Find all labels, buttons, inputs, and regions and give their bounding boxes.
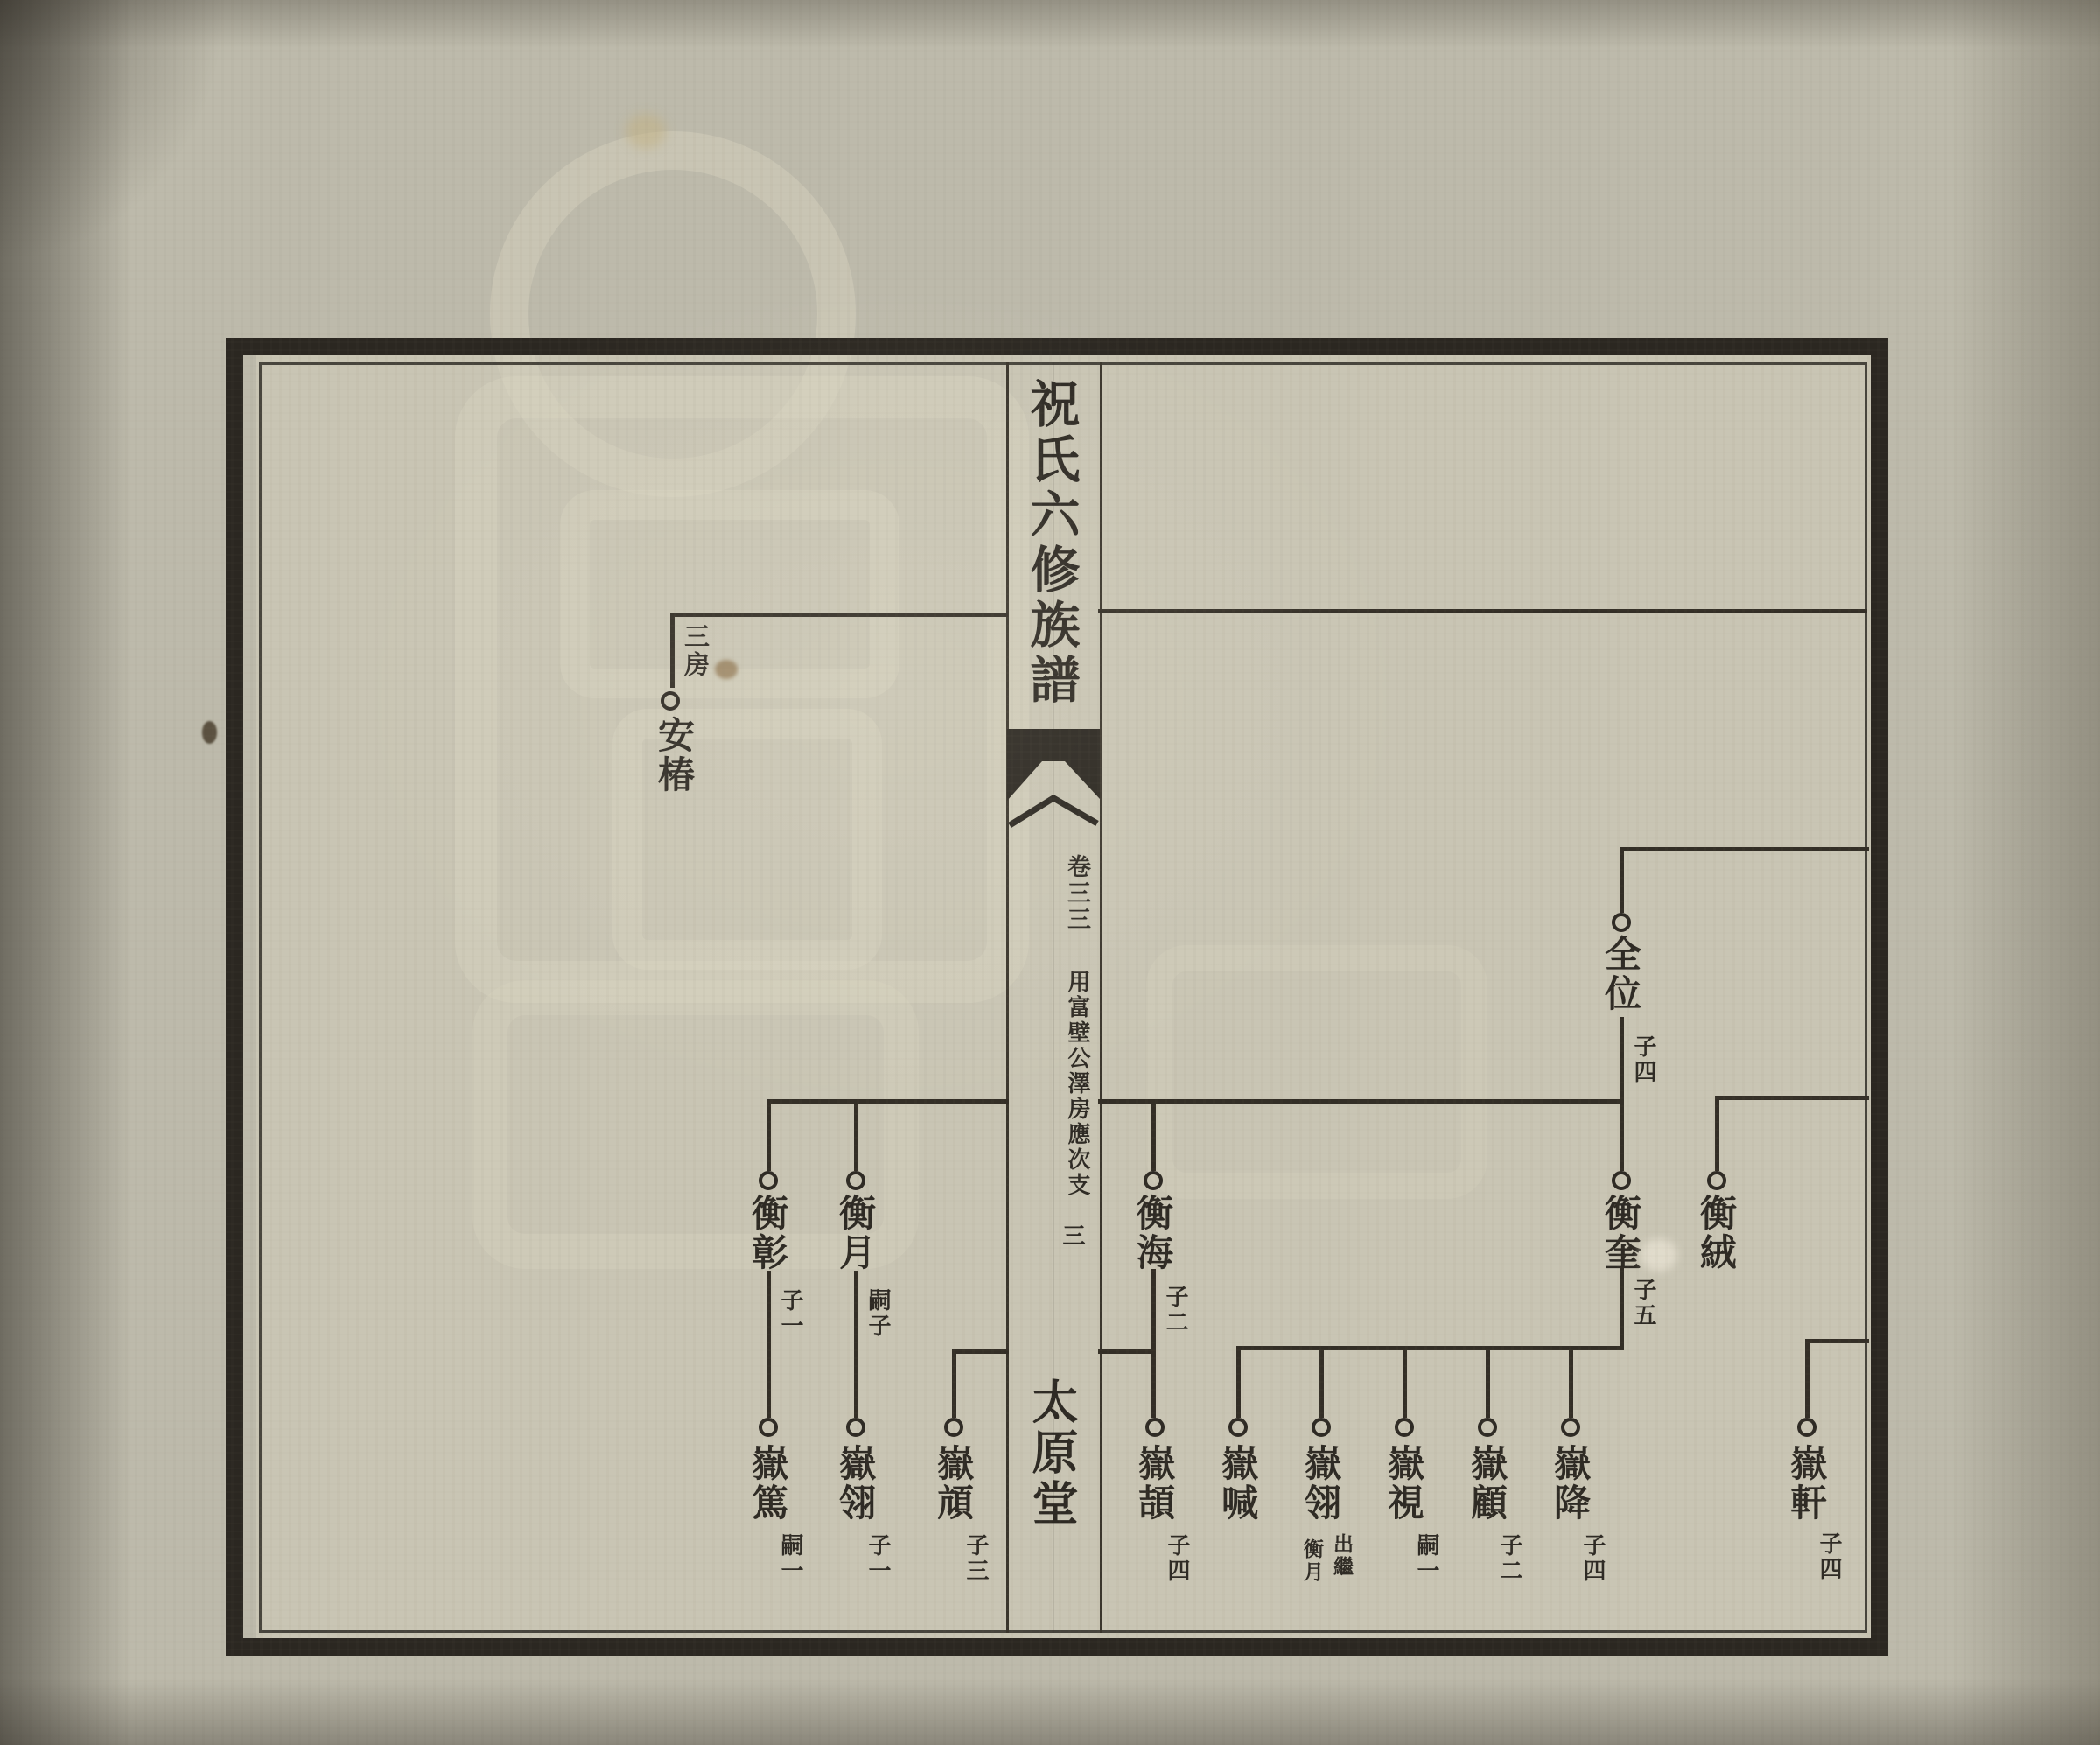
person-node-circle bbox=[1228, 1418, 1248, 1437]
person-name: 嶽翎 bbox=[835, 1444, 876, 1523]
gen3-drop-line bbox=[1236, 1349, 1241, 1418]
person-note: 子二 bbox=[1495, 1533, 1522, 1584]
person-node-circle bbox=[1312, 1418, 1331, 1437]
scan-shadow-corner bbox=[0, 0, 227, 263]
gen2-descent-line bbox=[1620, 1267, 1624, 1349]
gen3-drop-line bbox=[1569, 1349, 1573, 1418]
person-note: 子一 bbox=[864, 1533, 891, 1584]
paper-stain bbox=[202, 721, 217, 744]
scan-shadow-top bbox=[0, 0, 2100, 48]
person-name: 衡奎 bbox=[1600, 1194, 1641, 1272]
person-node-circle bbox=[1707, 1171, 1726, 1190]
person-name: 衡月 bbox=[835, 1194, 876, 1272]
spine-column-left-border bbox=[1006, 362, 1009, 1633]
gen2-drop-line bbox=[1151, 1103, 1156, 1171]
person-node-circle bbox=[846, 1171, 865, 1190]
person-note: 子五 bbox=[1629, 1278, 1656, 1328]
scan-shadow-bottom bbox=[0, 1678, 2100, 1745]
person-node-circle bbox=[1612, 913, 1631, 932]
founder-branch-label: 三房 bbox=[681, 623, 710, 679]
person-note: 衡月 bbox=[1300, 1538, 1324, 1584]
gen3-drop-line bbox=[1805, 1339, 1809, 1418]
person-note: 嗣一 bbox=[776, 1533, 803, 1584]
person-note: 出繼 bbox=[1330, 1533, 1354, 1579]
person-name: 全位 bbox=[1600, 935, 1641, 1013]
person-name: 嶽篤 bbox=[747, 1444, 788, 1523]
gen3-drop-line bbox=[1319, 1349, 1324, 1418]
gen2-drop-line bbox=[1715, 1096, 1719, 1171]
founder-name: 安椿 bbox=[654, 716, 695, 795]
founder-bracket-tick bbox=[670, 613, 675, 688]
person-name: 嶽喊 bbox=[1217, 1444, 1258, 1523]
gen2-drop-line bbox=[766, 1103, 771, 1171]
person-name: 衡絨 bbox=[1696, 1194, 1737, 1272]
person-node-circle bbox=[759, 1171, 778, 1190]
person-note: 嗣子 bbox=[864, 1288, 891, 1339]
spine-volume-label: 卷三三 bbox=[1064, 854, 1089, 933]
person-node-circle bbox=[1478, 1418, 1497, 1437]
founder-line-right bbox=[1098, 609, 1867, 613]
person-node-circle bbox=[1612, 1171, 1631, 1190]
gen2-descent-line bbox=[766, 1271, 771, 1418]
gen2-drop-line bbox=[1620, 847, 1624, 913]
fishtail-icon bbox=[1007, 729, 1100, 842]
person-note: 子二 bbox=[1161, 1285, 1188, 1335]
spine-column-right-border bbox=[1100, 362, 1102, 1633]
person-name: 嶽軒 bbox=[1786, 1444, 1827, 1523]
person-name: 衡海 bbox=[1132, 1194, 1173, 1272]
person-name: 嶽顧 bbox=[1466, 1444, 1508, 1523]
person-name: 嶽頏 bbox=[933, 1444, 974, 1523]
gen2-descent-line bbox=[1151, 1269, 1156, 1418]
scanned-genealogy-page: 祝氏六修族譜 卷三三 用富壁公澤房應次支 三 太原堂 三房 安椿 全位 子四 衡… bbox=[0, 0, 2100, 1745]
person-note: 子一 bbox=[776, 1288, 803, 1339]
book-title: 祝氏六修族譜 bbox=[1022, 378, 1080, 709]
founder-line-left bbox=[672, 613, 1008, 617]
hall-name: 太原堂 bbox=[1020, 1377, 1082, 1530]
scan-shadow-right bbox=[1951, 0, 2100, 1745]
gen2-sibling-line-mid bbox=[1098, 1099, 1624, 1104]
person-node-circle bbox=[1561, 1418, 1580, 1437]
gen2-sibling-line-right bbox=[1715, 1096, 1869, 1100]
person-node-circle bbox=[759, 1418, 778, 1437]
person-node-circle bbox=[846, 1418, 865, 1437]
person-note: 子四 bbox=[1629, 1034, 1656, 1085]
person-note: 子四 bbox=[1578, 1533, 1606, 1584]
gen3-sibling-line bbox=[1236, 1346, 1624, 1350]
gen3-drop-line bbox=[952, 1349, 956, 1418]
person-node-circle bbox=[944, 1418, 963, 1437]
gen2-descent-line bbox=[854, 1271, 858, 1418]
gen3-wrap-line-right bbox=[1098, 1349, 1154, 1354]
spine-page-number: 三 bbox=[1060, 1223, 1082, 1249]
gen3-drop-line bbox=[1403, 1349, 1407, 1418]
person-name: 嶽頡 bbox=[1134, 1444, 1175, 1523]
scan-shadow-left bbox=[0, 0, 131, 1745]
gen2-drop-line bbox=[854, 1103, 858, 1171]
gen2-bracket-line bbox=[1620, 847, 1869, 851]
person-node-circle bbox=[1797, 1418, 1816, 1437]
person-note: 子四 bbox=[1163, 1533, 1190, 1584]
person-note: 子四 bbox=[1815, 1531, 1842, 1582]
person-node-circle bbox=[1395, 1418, 1414, 1437]
gen3-bracket-line bbox=[1805, 1339, 1869, 1343]
gen2-descent-line bbox=[1620, 1017, 1624, 1171]
person-note: 子三 bbox=[962, 1533, 989, 1584]
person-name: 衡彰 bbox=[747, 1194, 788, 1272]
gen3-wrap-line-left bbox=[952, 1349, 1009, 1354]
person-node-circle bbox=[1145, 1418, 1165, 1437]
founder-node-circle bbox=[661, 691, 680, 711]
person-node-circle bbox=[1144, 1171, 1163, 1190]
gen3-drop-line bbox=[1486, 1349, 1490, 1418]
person-name: 嶽翎 bbox=[1300, 1444, 1341, 1523]
person-name: 嶽降 bbox=[1550, 1444, 1591, 1523]
gen2-sibling-line-left bbox=[766, 1099, 1009, 1104]
person-note: 嗣一 bbox=[1412, 1533, 1439, 1584]
person-name: 嶽視 bbox=[1383, 1444, 1424, 1523]
spine-branch-note: 用富壁公澤房應次支 bbox=[1066, 970, 1088, 1198]
